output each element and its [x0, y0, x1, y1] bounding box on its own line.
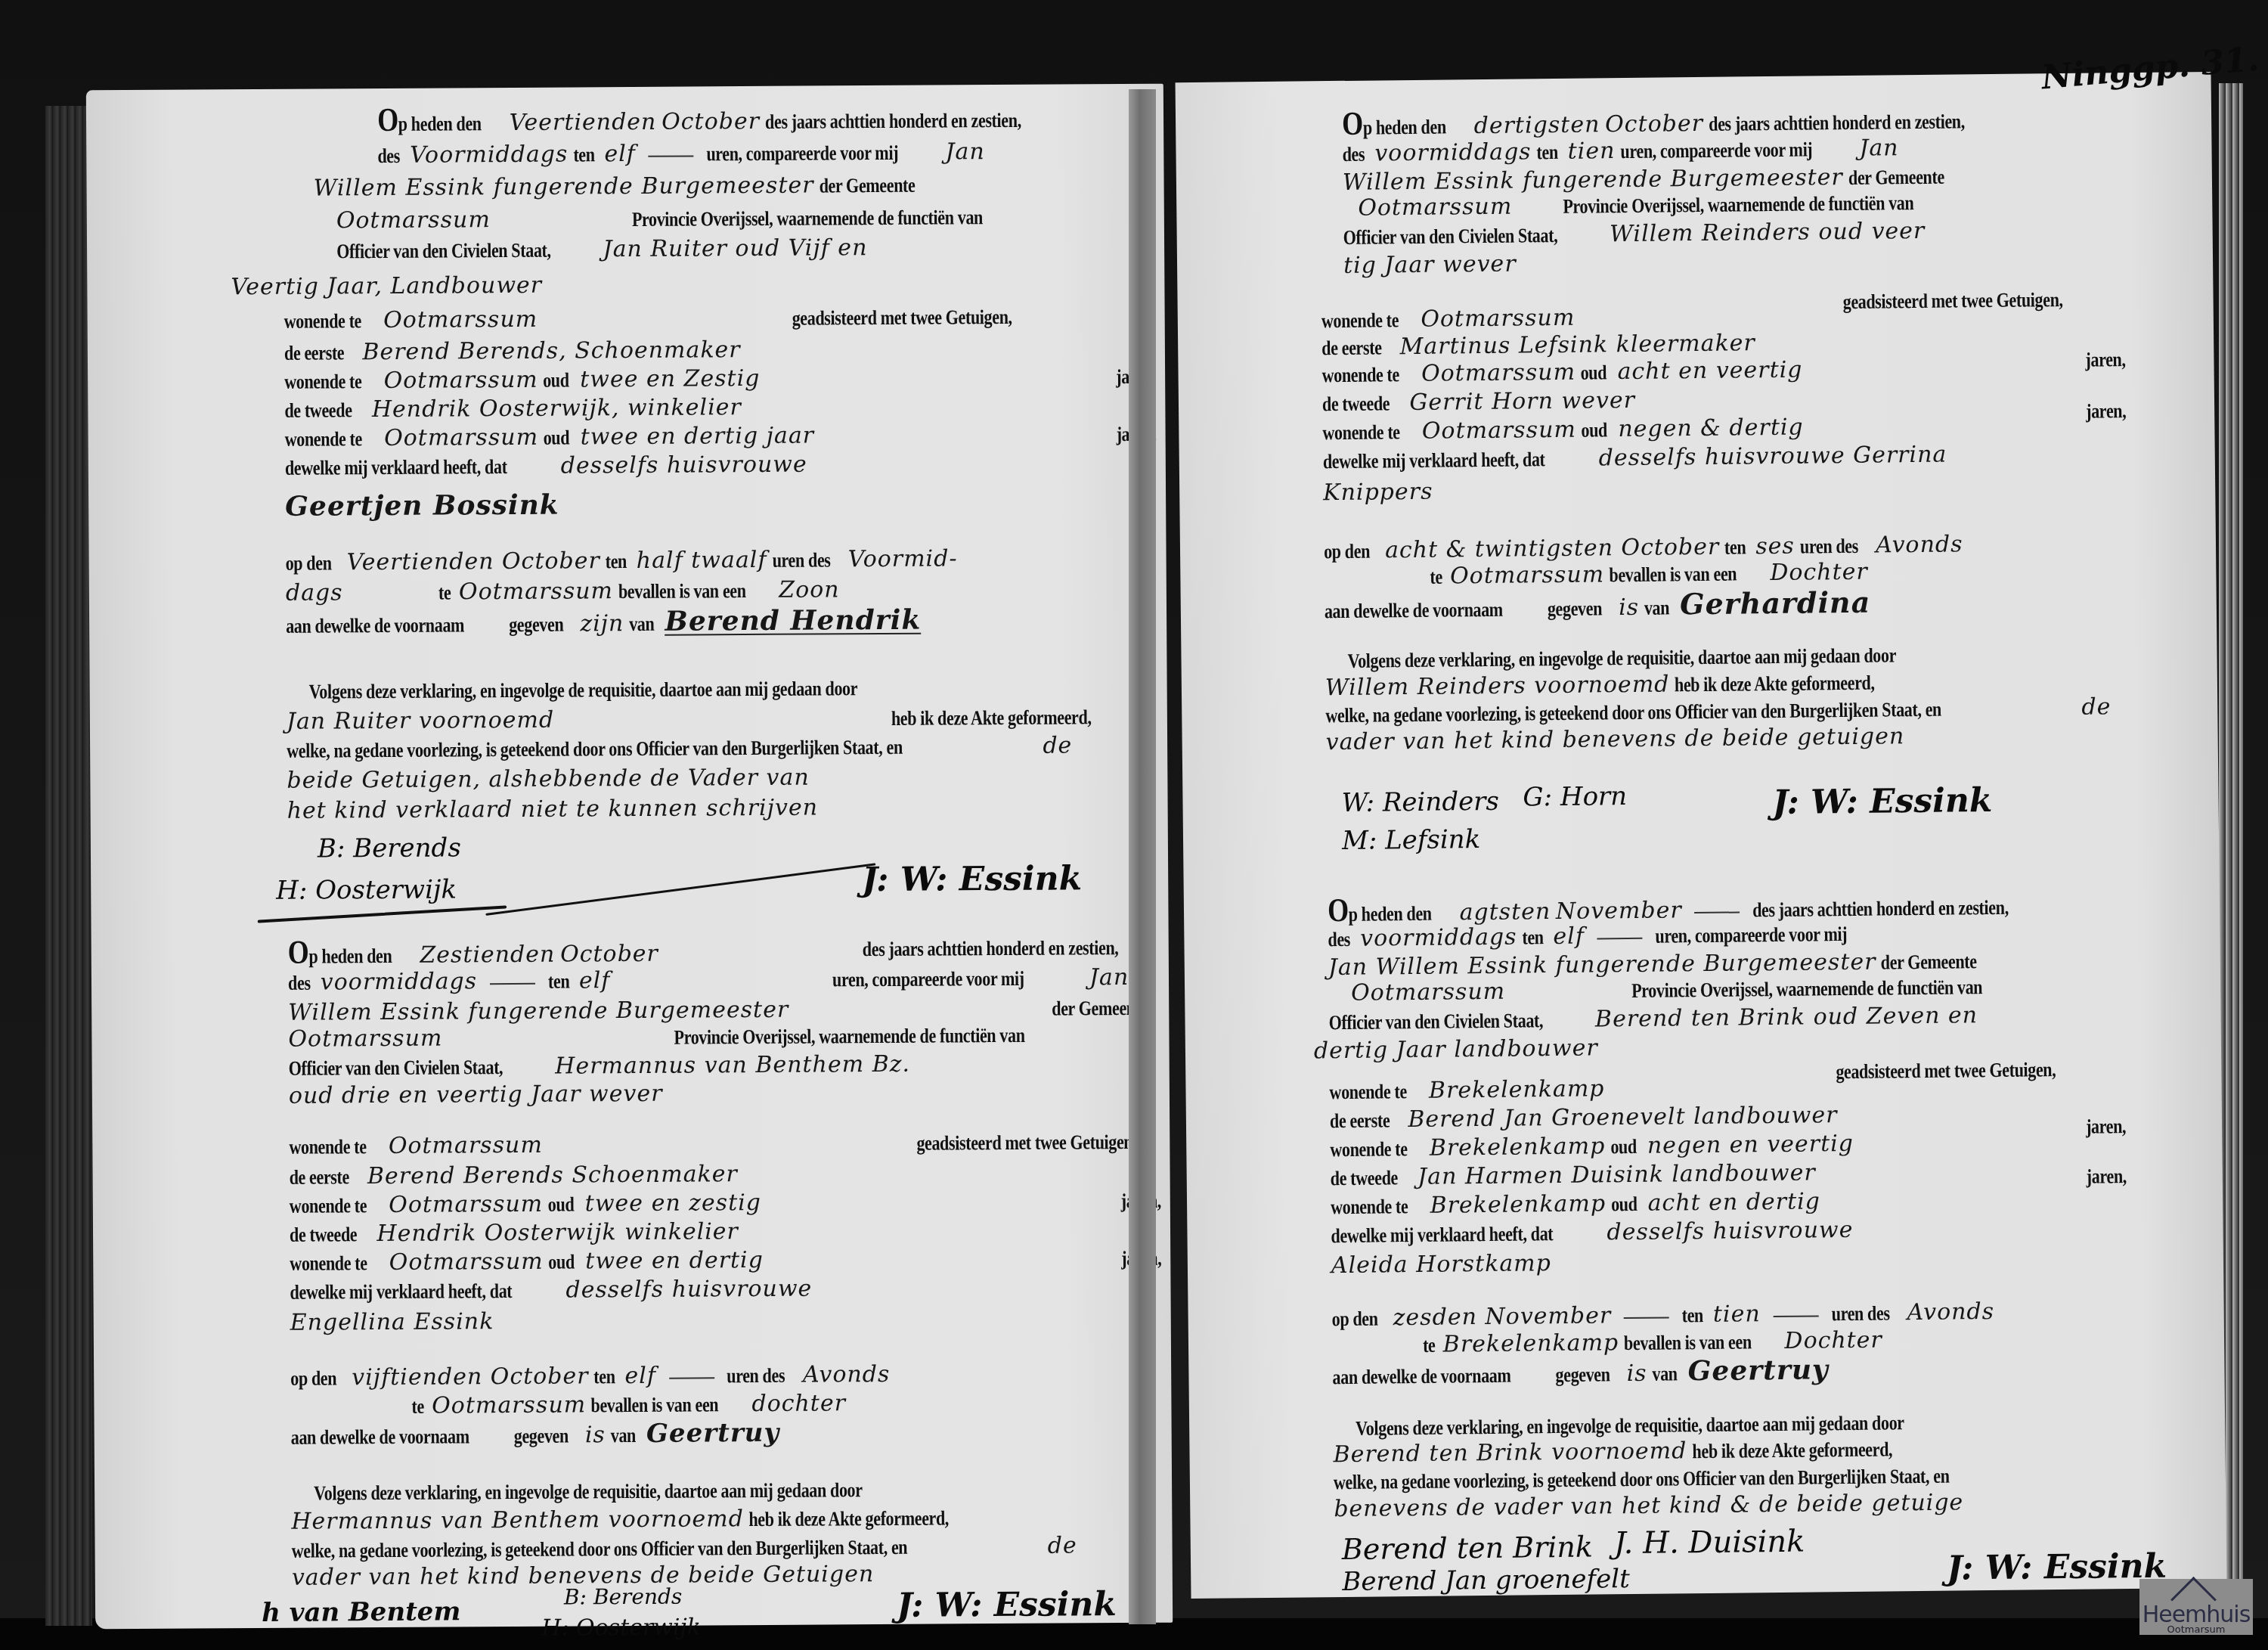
record-month: October	[661, 109, 760, 135]
signature: M: Lefsink	[1342, 824, 1481, 856]
child-name: Geertruy	[1687, 1357, 1829, 1384]
signature: B: Berends	[318, 833, 461, 864]
signature-flourish	[258, 905, 507, 923]
child-sex: Zoon	[779, 577, 840, 603]
signature-officer: J: W: Essink	[1772, 781, 1992, 822]
heemhuis-watermark: Heemhuis Ootmarsum	[2139, 1579, 2253, 1635]
signature-officer: J: W: Essink	[862, 859, 1082, 899]
signature: Berend Jan groenefelt	[1342, 1564, 1630, 1597]
signature: H: Oosterwijk	[276, 874, 457, 905]
signature: W: Reinders	[1341, 786, 1499, 818]
signature: B: Berends	[564, 1584, 683, 1610]
signature-flourish	[485, 863, 875, 915]
witness-2: Hendrik Oosterwijk, winkelier	[372, 395, 742, 423]
signature-officer: J: W: Essink	[897, 1585, 1117, 1625]
signature-officer: J: W: Essink	[1947, 1547, 2167, 1588]
book-edge-left	[45, 106, 92, 1626]
mother-name: Geertjen Bossink	[285, 492, 559, 520]
filler-dash	[649, 155, 694, 157]
child-name: Geertruy	[646, 1420, 780, 1447]
child-name: Gerhardina	[1680, 590, 1871, 618]
child-name: Berend Hendrik	[665, 607, 921, 636]
right-page: Op heden den dertigsten October des jaar…	[1176, 72, 2227, 1599]
record-date-line: Op heden den Veertienden October des jaa…	[377, 103, 1077, 137]
declarant-name: Jan Ruiter oud Vijf en	[603, 235, 867, 262]
witness-1: Berend Berends, Schoenmaker	[362, 337, 740, 365]
signature: H: Oosterwijk	[541, 1614, 701, 1641]
signature: h van Bentem	[262, 1596, 461, 1628]
book-gutter	[1129, 89, 1156, 1624]
signature: G: Horn	[1523, 781, 1627, 812]
record-day: Veertienden	[510, 110, 657, 136]
left-page: Op heden den Veertienden October des jaa…	[86, 84, 1173, 1630]
signature: Berend ten Brink	[1342, 1531, 1593, 1566]
signature: J. H. Duisink	[1614, 1524, 1805, 1562]
